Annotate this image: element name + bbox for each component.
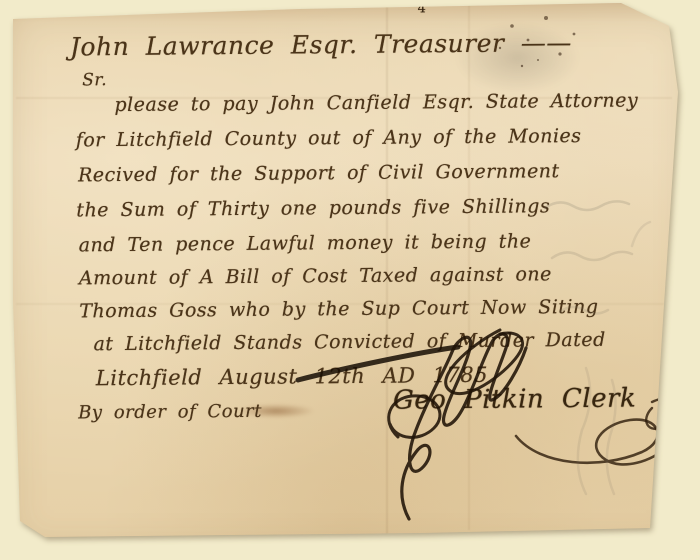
body-line: Thomas Goss who by the Sup Court Now Sit… xyxy=(79,296,598,323)
scanned-document-page: { "colors": { "mat_background": "#f2ebca… xyxy=(0,0,700,560)
salutation-line: John Lawrance Esqr. Treasurer —— xyxy=(70,28,572,61)
body-line: at Litchfield Stands Convicted of Murder… xyxy=(93,329,605,355)
sir-prefix: Sr. xyxy=(82,70,107,90)
clerk-signature: Geo Pitkin Clerk xyxy=(393,384,636,416)
body-line: please to pay John Canfield Esqr. State … xyxy=(114,89,638,116)
body-line: the Sum of Thirty one pounds five Shilli… xyxy=(76,195,550,221)
document-paper-wrapper: 4 John Lawrance Esqr. Treasurer —— Sr. p… xyxy=(0,0,700,560)
top-page-mark: 4 xyxy=(418,1,427,16)
body-line: Amount of A Bill of Cost Taxed against o… xyxy=(79,263,552,289)
document-paper: 4 John Lawrance Esqr. Treasurer —— Sr. p… xyxy=(0,0,700,560)
body-line: Recived for the Support of Civil Governm… xyxy=(78,160,560,186)
order-of-court-line: By order of Court xyxy=(78,401,262,424)
body-line: for Litchfield County out of Any of the … xyxy=(76,125,582,151)
body-line: and Ten pence Lawful money it being the xyxy=(79,230,532,256)
handwritten-text-layer: 4 John Lawrance Esqr. Treasurer —— Sr. p… xyxy=(0,0,700,560)
